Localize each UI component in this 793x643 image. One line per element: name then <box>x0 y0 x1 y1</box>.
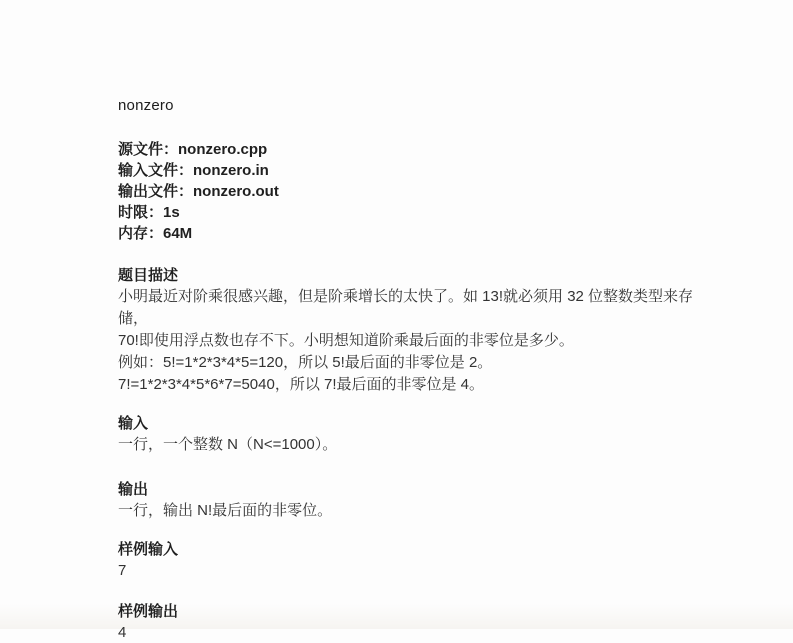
description-heading: 题目描述 <box>118 265 718 286</box>
description-line: 小明最近对阶乘很感兴趣，但是阶乘增长的太快了。如 13!就必须用 32 位整数类… <box>118 286 718 330</box>
sample-output-heading: 样例输出 <box>118 601 718 622</box>
description-line: 7!=1*2*3*4*5*6*7=5040，所以 7!最后面的非零位是 4。 <box>118 374 718 396</box>
input-heading: 输入 <box>118 413 718 434</box>
meta-memory-limit: 内存：64M <box>118 223 718 244</box>
output-heading: 输出 <box>118 479 718 500</box>
input-section: 输入 一行，一个整数 N（N<=1000）。 <box>118 413 718 455</box>
description-section: 题目描述 小明最近对阶乘很感兴趣，但是阶乘增长的太快了。如 13!就必须用 32… <box>118 265 718 396</box>
problem-statement-page: nonzero 源文件：nonzero.cpp 输入文件：nonzero.in … <box>118 97 718 629</box>
sample-input-section: 样例输入 7 <box>118 539 718 581</box>
sample-output-section: 样例输出 4 <box>118 601 718 629</box>
output-spec-text: 一行，输出 N!最后面的非零位。 <box>118 500 718 521</box>
description-line: 70!即使用浮点数也存不下。小明想知道阶乘最后面的非零位是多少。 <box>118 330 718 352</box>
description-line: 例如：5!=1*2*3*4*5=120，所以 5!最后面的非零位是 2。 <box>118 352 718 374</box>
sample-output-value: 4 <box>118 622 718 629</box>
meta-input-file: 输入文件：nonzero.in <box>118 160 718 181</box>
input-spec-text: 一行，一个整数 N（N<=1000）。 <box>118 434 718 455</box>
sample-input-value: 7 <box>118 560 718 581</box>
sample-input-heading: 样例输入 <box>118 539 718 560</box>
meta-output-file: 输出文件：nonzero.out <box>118 181 718 202</box>
problem-meta-block: 源文件：nonzero.cpp 输入文件：nonzero.in 输出文件：non… <box>118 139 718 244</box>
problem-title: nonzero <box>118 97 718 115</box>
meta-source-file: 源文件：nonzero.cpp <box>118 139 718 160</box>
output-section: 输出 一行，输出 N!最后面的非零位。 <box>118 479 718 521</box>
meta-time-limit: 时限：1s <box>118 202 718 223</box>
